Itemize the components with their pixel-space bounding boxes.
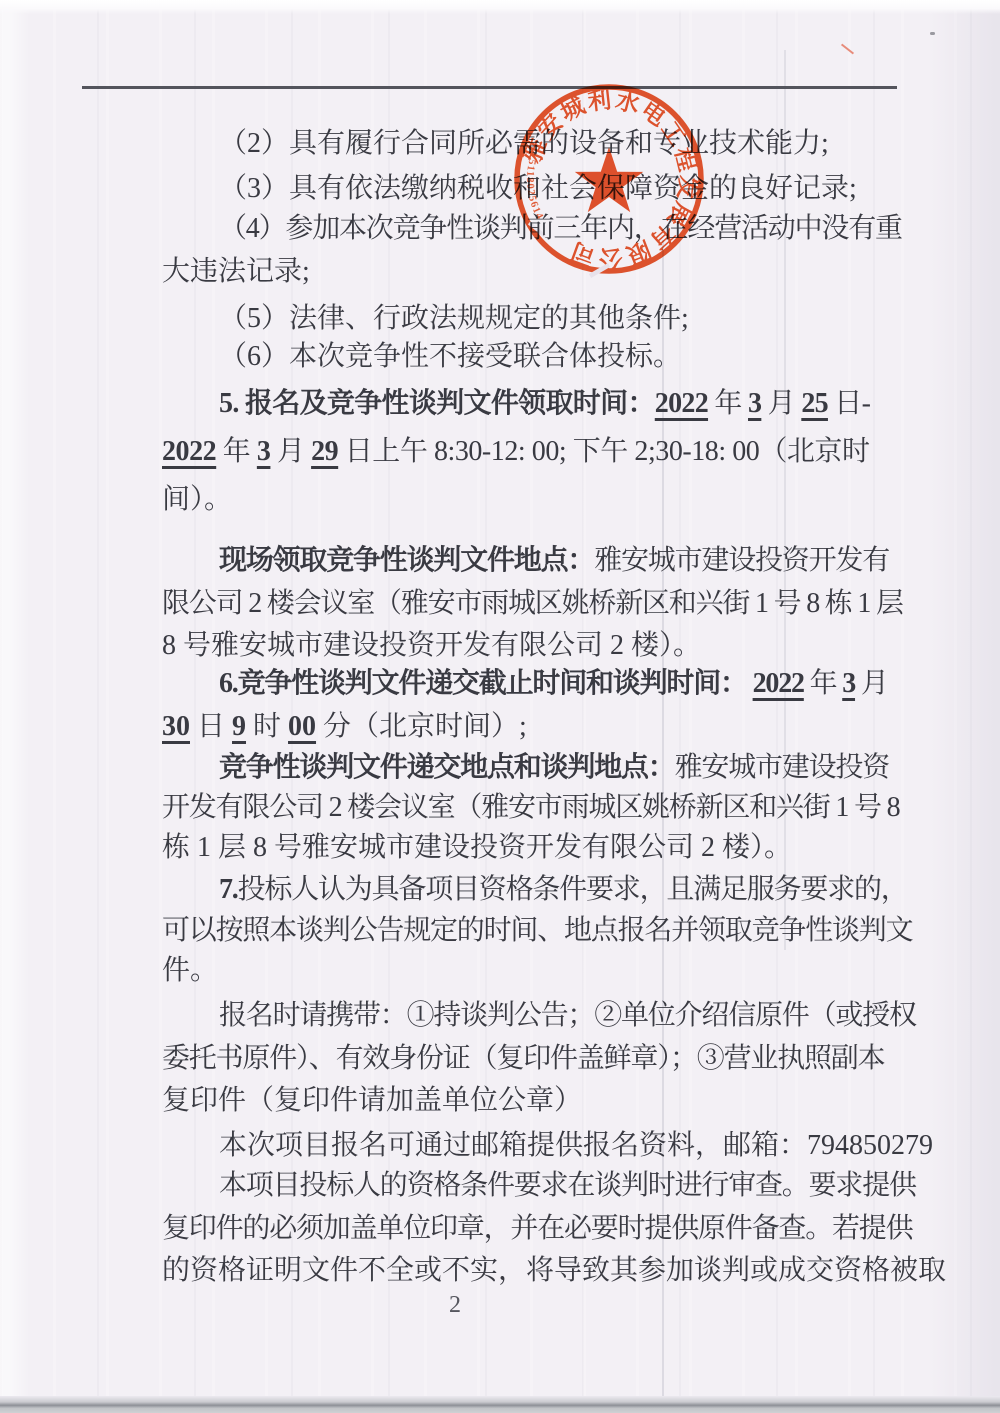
body-text: 开发有限公司 2 楼会议室（雅安市雨城区姚桥新区和兴街 1 号 8 [162,792,899,823]
emphasis-text: 3 [257,436,271,467]
scan-bottom-edge [0,1396,1000,1413]
emphasis-text: 6.竞争性谈判文件递交截止时间和谈判时间： [219,668,753,699]
paragraph: 报名时请携带：①持谈判公告；②单位介绍信原件（或授权委托书原件）、有效身份证（复… [162,995,870,1123]
text-line: 限公司 2 楼会议室（雅安市雨城区姚桥新区和兴街 1 号 8 栋 1 层 [162,583,870,626]
text-line: 栋 1 层 8 号雅安城市建设投资开发有限公司 2 楼）。 [162,828,870,868]
body-text: 年 [804,668,842,699]
emphasis-text: 7. [219,874,238,905]
body-text: 限公司 2 楼会议室（雅安市雨城区姚桥新区和兴街 1 号 8 栋 1 层 [162,588,903,619]
body-text: 可以按照本谈判公告规定的时间、地点报名并领取竞争性谈判文 [162,915,912,946]
body-text: 月 [270,436,311,467]
text-line: 开发有限公司 2 楼会议室（雅安市雨城区姚桥新区和兴街 1 号 8 [162,788,870,828]
body-text: 月 [761,388,801,419]
body-text: 月 [855,668,888,699]
emphasis-text: 2022 [753,668,804,699]
text-line: 的资格证明文件不全或不实，将导致其参加谈判或成交资格被取 [162,1250,870,1293]
body-text: 8 号雅安城市建设投资开发有限公司 2 楼）。 [162,630,701,661]
emphasis-text: 9 [232,711,246,742]
emphasis-text: 25 [801,388,828,419]
emphasis-text: 2022 [162,436,216,467]
page-number: 2 [440,1292,470,1319]
text-line: 可以按照本谈判公告规定的时间、地点报名并领取竞争性谈判文 [162,911,870,952]
emphasis-text: 29 [311,436,338,467]
body-text: 报名时请携带：①持谈判公告；②单位介绍信原件（或授权 [219,1000,916,1031]
body-text: 委托书原件）、有效身份证（复印件盖鲜章）；③营业执照副本 [162,1043,884,1074]
emphasis-text: 5. 报名及竞争性谈判文件领取时间： [219,388,655,419]
body-text: 复印件的必须加盖单位印章，并在必要时提供原件备查。若提供 [162,1213,912,1244]
body-text: 雅安城市建设投资 [675,752,889,783]
text-line: 30 日 9 时 00 分（北京时间）; [162,706,870,749]
text-line: 7.投标人认为具备项目资格条件要求，且满足服务要求的， [162,870,870,911]
text-line: 报名时请携带：①持谈判公告；②单位介绍信原件（或授权 [162,995,870,1038]
paragraph: 竞争性谈判文件递交地点和谈判地点：雅安城市建设投资开发有限公司 2 楼会议室（雅… [162,748,870,868]
paragraph: 7.投标人认为具备项目资格条件要求，且满足服务要求的，可以按照本谈判公告规定的时… [162,870,870,992]
body-text: 间）。 [162,484,232,515]
text-line: 委托书原件）、有效身份证（复印件盖鲜章）；③营业执照副本 [162,1038,870,1081]
text-line: 复印件（复印件请加盖单位公章） [162,1080,870,1123]
body-text: 年 [708,388,748,419]
text-line: 现场领取竞争性谈判文件地点：雅安城市建设投资开发有 [162,540,870,583]
body-text: 日上午 8:30-12: 00; 下午 2;30-18: 00（北京时 [338,436,869,467]
scanned-document-page: { "page": { "number": "2" }, "colors": {… [0,0,1000,1413]
emphasis-text: 2022 [655,388,708,419]
emphasis-text: 竞争性谈判文件递交地点和谈判地点： [219,752,675,783]
body-text: 投标人认为具备项目资格条件要求，且满足服务要求的， [238,874,908,905]
emphasis-text: 30 [162,711,190,742]
text-line: 竞争性谈判文件递交地点和谈判地点：雅安城市建设投资 [162,748,870,788]
text-line: 5. 报名及竞争性谈判文件领取时间：2022 年 3 月 25 日- [162,380,870,428]
paragraph: 5. 报名及竞争性谈判文件领取时间：2022 年 3 月 25 日-2022 年… [162,380,870,524]
text-line: 本项目投标人的资格条件要求在谈判时进行审查。要求提供 [162,1165,870,1208]
text-line: 2022 年 3 月 29 日上午 8:30-12: 00; 下午 2;30-1… [162,428,870,476]
body-text: 本次项目报名可通过邮箱提供报名资料，邮箱：794850279 [219,1130,933,1161]
body-text: 日 [190,711,232,742]
text-line: 本次项目报名可通过邮箱提供报名资料，邮箱：794850279 [162,1125,870,1168]
document-body: （2）具有履行合同所必需的设备和专业技术能力;（3）具有依法缴纳税收和社会保障资… [0,0,1000,1413]
paragraph: 6.竞争性谈判文件递交截止时间和谈判时间： 2022 年 3 月30 日 9 时… [162,663,870,748]
paragraph: 现场领取竞争性谈判文件地点：雅安城市建设投资开发有限公司 2 楼会议室（雅安市雨… [162,540,870,668]
emphasis-text: 3 [748,388,761,419]
star-icon [575,147,643,212]
body-text: 分（北京时间）; [316,711,527,742]
body-text: 本项目投标人的资格条件要求在谈判时进行审查。要求提供 [219,1170,916,1201]
emphasis-text: 3 [842,668,855,699]
emphasis-text: 现场领取竞争性谈判文件地点： [219,545,594,576]
body-text: 日- [828,388,870,419]
text-line: （6）本次竞争性不接受联合体投标。 [162,336,870,379]
text-line: 复印件的必须加盖单位印章，并在必要时提供原件备查。若提供 [162,1208,870,1251]
text-line: 间）。 [162,476,870,524]
body-text: 时 [246,711,288,742]
text-line: 件。 [162,951,870,992]
text-line: 8 号雅安城市建设投资开发有限公司 2 楼）。 [162,625,870,668]
emphasis-text: 00 [288,711,316,742]
text-line: 6.竞争性谈判文件递交截止时间和谈判时间： 2022 年 3 月 [162,663,870,706]
company-seal: 雅安城利水电工程发展有限公司 5118025614053 [504,74,714,284]
body-text: 年 [216,436,257,467]
paragraph: （6）本次竞争性不接受联合体投标。 [162,336,870,379]
paragraph: （5）法律、行政法规规定的其他条件; [162,298,870,341]
body-text: （6）本次竞争性不接受联合体投标。 [219,341,681,372]
body-text: 大违法记录; [162,256,310,287]
body-text: 件。 [162,955,218,986]
paragraph: 本项目投标人的资格条件要求在谈判时进行审查。要求提供复印件的必须加盖单位印章，并… [162,1165,870,1293]
body-text: 复印件（复印件请加盖单位公章） [162,1085,582,1116]
body-text: （5）法律、行政法规规定的其他条件; [219,303,689,334]
body-text: 雅安城市建设投资开发有 [594,545,889,576]
body-text: 的资格证明文件不全或不实，将导致其参加谈判或成交资格被取 [162,1255,946,1286]
paragraph: 本次项目报名可通过邮箱提供报名资料，邮箱：794850279 [162,1125,870,1168]
text-line: （5）法律、行政法规规定的其他条件; [162,298,870,341]
body-text: 栋 1 层 8 号雅安城市建设投资开发有限公司 2 楼）。 [162,832,792,863]
